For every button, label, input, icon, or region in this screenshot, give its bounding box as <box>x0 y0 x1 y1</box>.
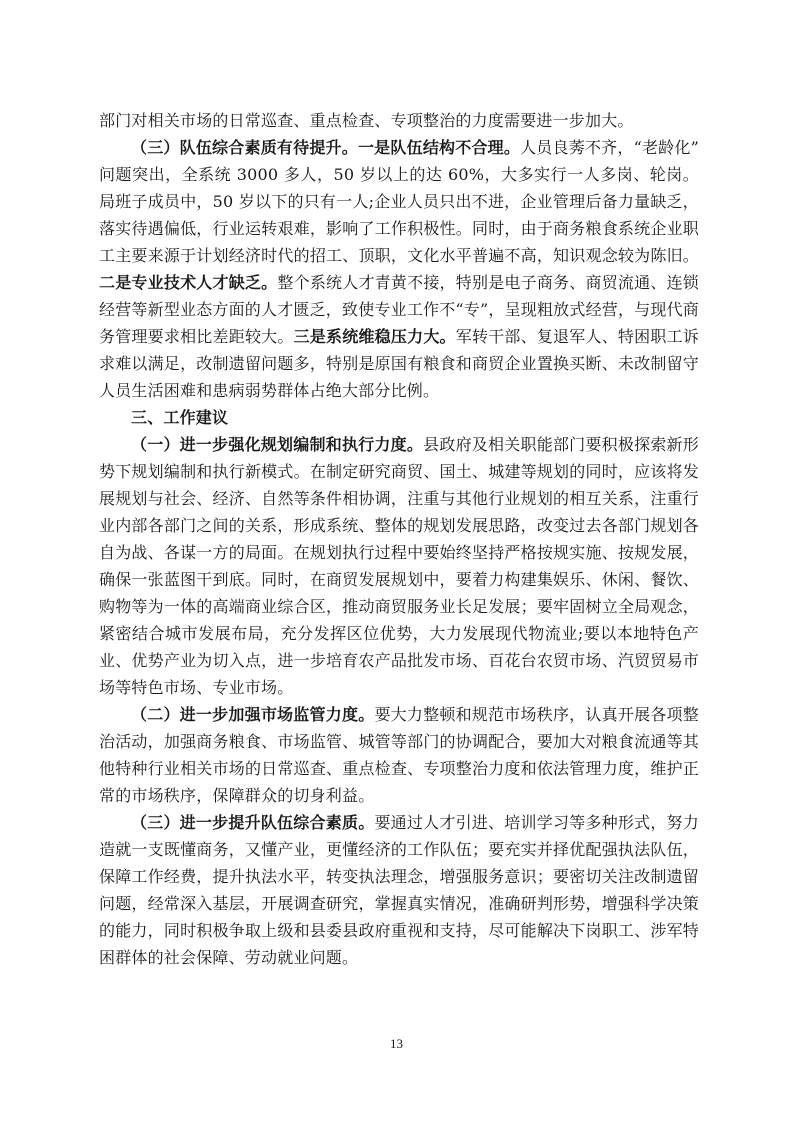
document-body: 部门对相关市场的日常巡查、重点检查、专项整治的力度需要进一步加大。（三）队伍综合… <box>99 107 699 971</box>
paragraph-suggestion-1: （一）进一步强化规划编制和执行力度。县政府及相关职能部门要积极探索新形势下规划编… <box>99 431 699 701</box>
bold-text-run: （三）队伍综合素质有待提升。一是队伍结构不合理。 <box>131 138 520 157</box>
bold-text-run: 二是专业技术人才缺乏。 <box>99 273 277 292</box>
bold-text-run: （一）进一步强化规划编制和执行力度。 <box>131 435 423 454</box>
paragraph-continuation: 部门对相关市场的日常巡查、重点检查、专项整治的力度需要进一步加大。 <box>99 107 699 134</box>
paragraph-suggestion-2: （二）进一步加强市场监管力度。要大力整顿和规范市场秩序，认真开展各项整治活动，加… <box>99 701 699 809</box>
bold-text-run: （三）进一步提升队伍综合素质。 <box>131 813 374 832</box>
page-number: 13 <box>0 1036 793 1052</box>
bold-text-run: 三、工作建议 <box>131 408 228 427</box>
document-page: 部门对相关市场的日常巡查、重点检查、专项整治的力度需要进一步加大。（三）队伍综合… <box>0 0 793 1122</box>
text-run: 县政府及相关职能部门要积极探索新形势下规划编制和执行新模式。在制定研究商贸、国土… <box>99 435 699 697</box>
paragraph-team-quality: （三）队伍综合素质有待提升。一是队伍结构不合理。人员良莠不齐，“老龄化”问题突出… <box>99 134 699 404</box>
heading-work-suggestions: 三、工作建议 <box>99 404 699 431</box>
text-run: 部门对相关市场的日常巡查、重点检查、专项整治的力度需要进一步加大。 <box>99 111 634 130</box>
paragraph-suggestion-3: （三）进一步提升队伍综合素质。要通过人才引进、培训学习等多种形式，努力造就一支既… <box>99 809 699 971</box>
bold-text-run: 三是系统维稳压力大。 <box>294 327 456 346</box>
bold-text-run: （二）进一步加强市场监管力度。 <box>131 705 374 724</box>
text-run: 要通过人才引进、培训学习等多种形式，努力造就一支既懂商务，又懂产业，更懂经济的工… <box>99 813 699 967</box>
text-run: 人员良莠不齐，“老龄化”问题突出，全系统 3000 多人，50 岁以上的达 60… <box>99 138 699 265</box>
